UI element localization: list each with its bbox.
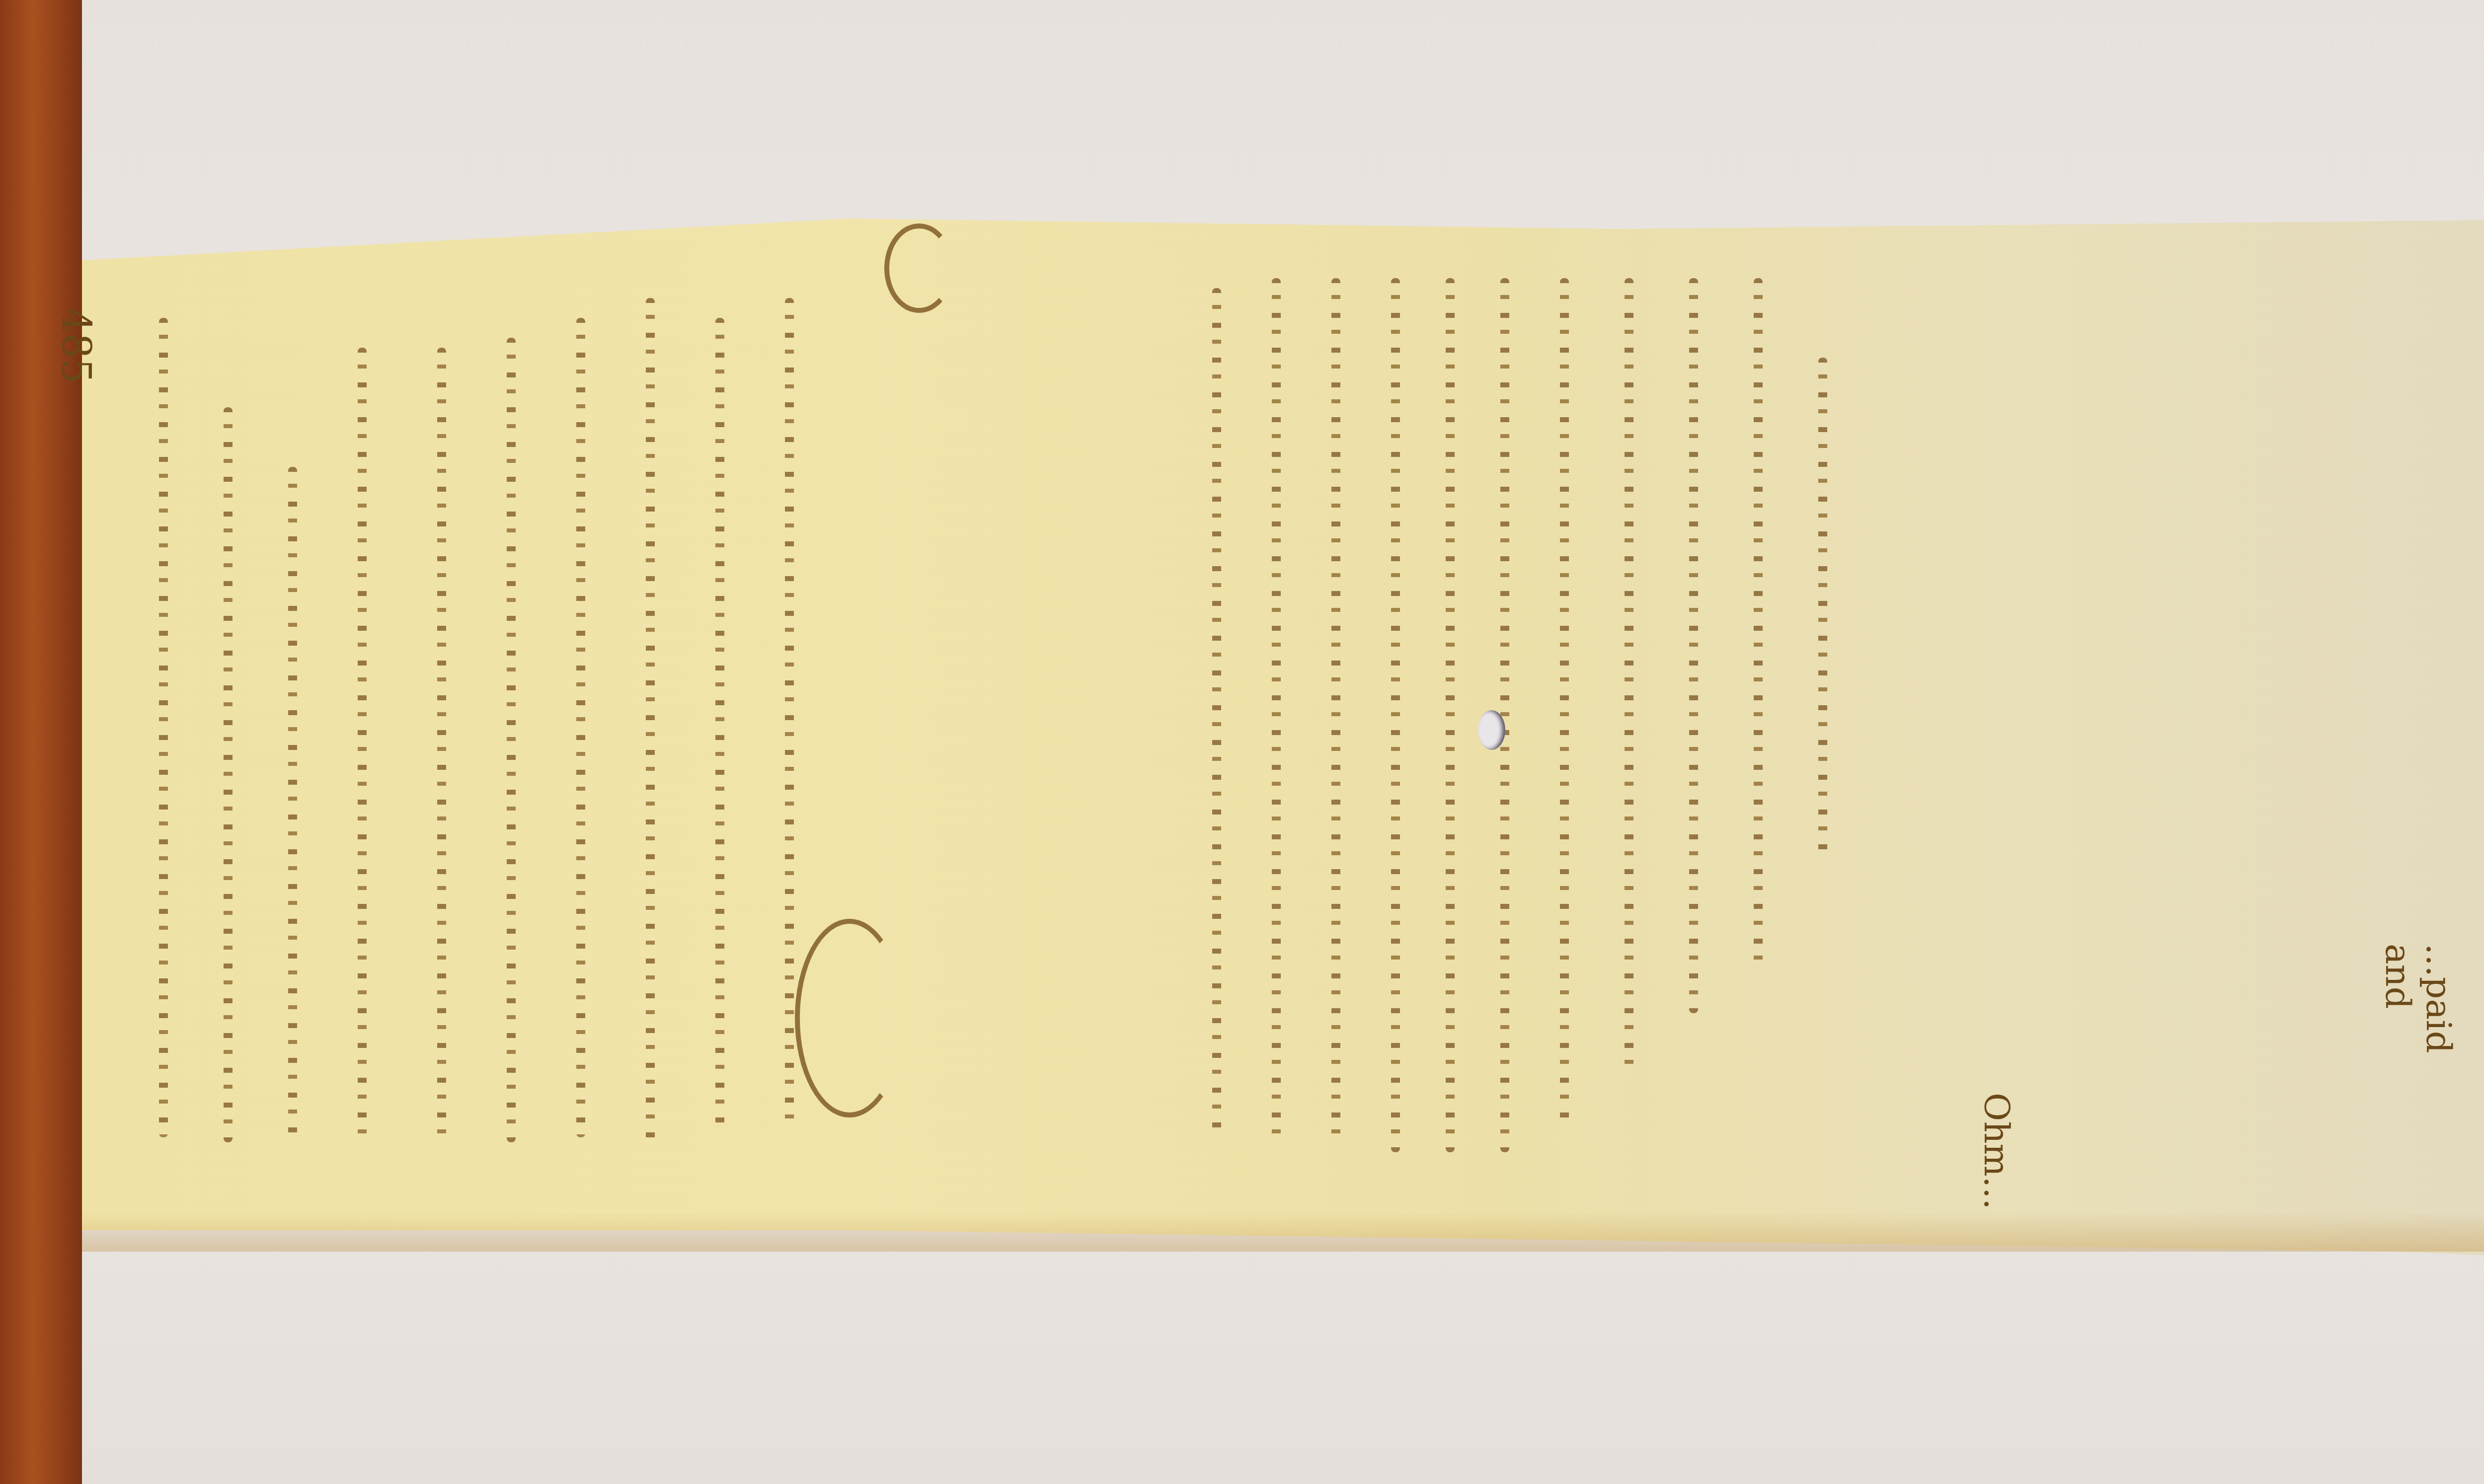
water-stain <box>82 1212 2484 1252</box>
wooden-table-edge <box>0 0 82 1484</box>
signature-flourish <box>795 919 904 1117</box>
worm-hole <box>1478 710 1505 750</box>
address-line-1: Ohm... <box>1976 1093 2017 1210</box>
address-line-2: ...paid and <box>2378 944 2459 1123</box>
left-text-block <box>139 258 884 1202</box>
top-flourish <box>884 223 954 313</box>
right-text-block <box>1212 258 1858 1202</box>
folio-number: 485 <box>53 308 99 384</box>
